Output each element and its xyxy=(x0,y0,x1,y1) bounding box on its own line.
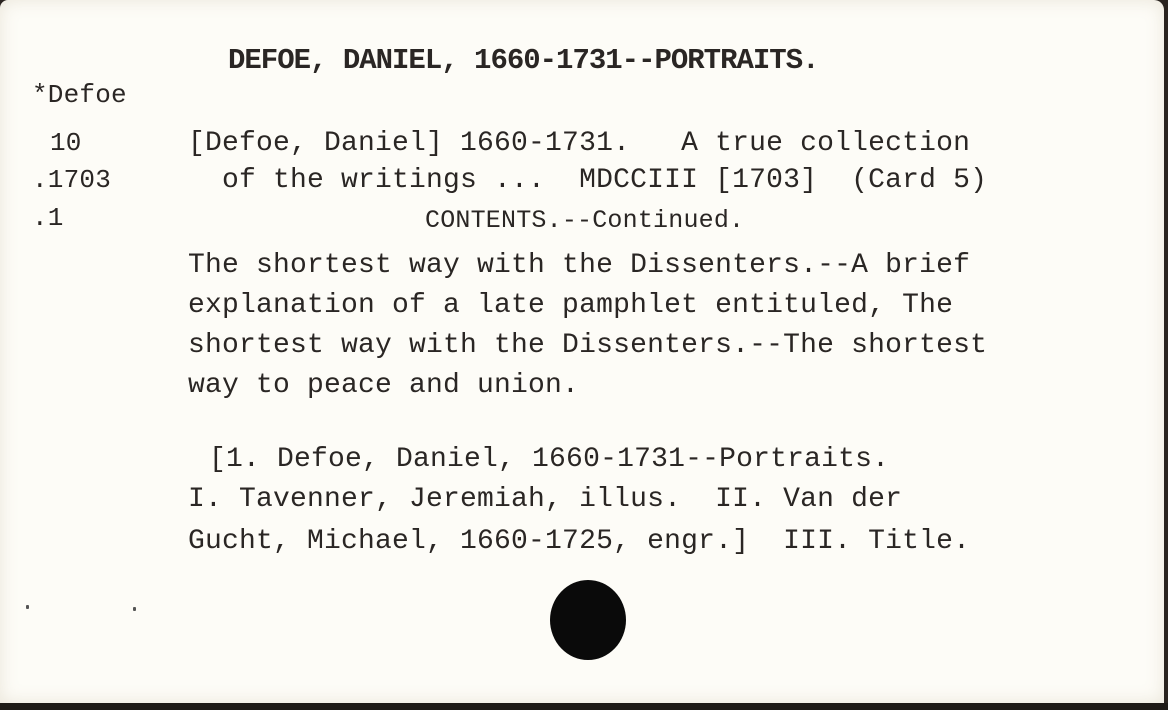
contents-heading: CONTENTS.--Continued. xyxy=(425,206,744,235)
contents-line-3: shortest way with the Dissenters.--The s… xyxy=(188,330,987,361)
tracing-line-2: I. Tavenner, Jeremiah, illus. II. Van de… xyxy=(188,484,902,515)
background-edge xyxy=(0,703,1168,710)
call-number-line-1: *Defoe xyxy=(32,80,127,110)
contents-line-1: The shortest way with the Dissenters.--A… xyxy=(188,250,970,281)
call-number-line-4: .1 xyxy=(32,203,64,233)
tracing-line-3: Gucht, Michael, 1660-1725, engr.] III. T… xyxy=(188,526,970,557)
call-number-line-3: .1703 xyxy=(32,165,111,195)
call-number-line-2: 10 xyxy=(50,128,82,158)
speck-mark xyxy=(26,605,29,609)
contents-line-2: explanation of a late pamphlet entituled… xyxy=(188,290,953,321)
contents-line-4: way to peace and union. xyxy=(188,370,579,401)
subject-heading: DEFOE, DANIEL, 1660-1731--PORTRAITS. xyxy=(228,44,819,77)
entry-line-2: of the writings ... MDCCIII [1703] (Card… xyxy=(188,165,987,196)
punch-hole xyxy=(550,580,626,660)
catalog-card: DEFOE, DANIEL, 1660-1731--PORTRAITS. *De… xyxy=(0,0,1164,703)
entry-line-1: [Defoe, Daniel] 1660-1731. A true collec… xyxy=(188,128,970,159)
tracing-line-1: [1. Defoe, Daniel, 1660-1731--Portraits. xyxy=(192,444,889,475)
speck-mark xyxy=(133,607,136,611)
